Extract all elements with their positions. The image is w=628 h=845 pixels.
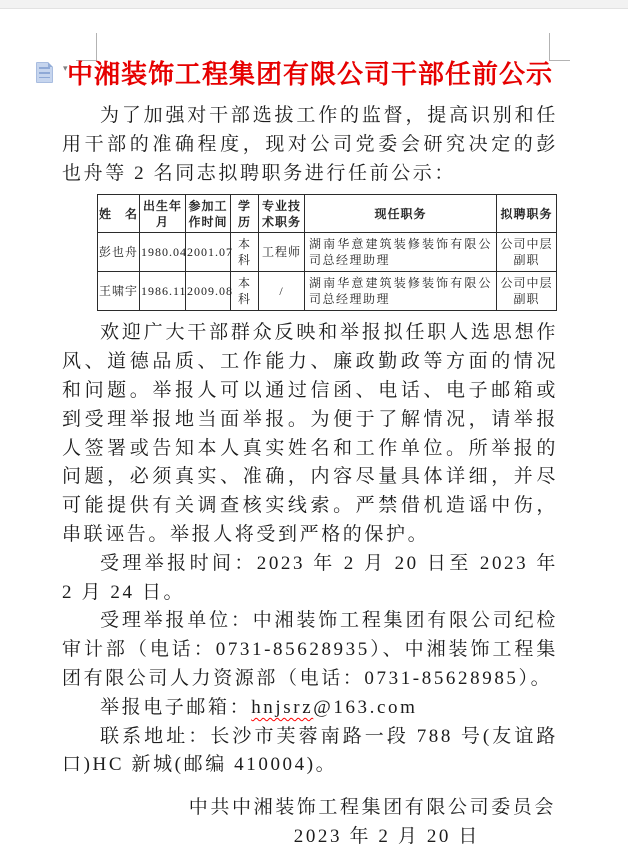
contact-address-line: 联系地址：长沙市芙蓉南路一段 788 号(友谊路口)HC 新城(邮编 41000… [62, 723, 558, 781]
header-birth: 出生年月 [140, 195, 186, 233]
cell-work-start: 2001.07 [186, 233, 231, 272]
cell-education: 本科 [231, 233, 259, 272]
cell-name: 彭也舟 [98, 233, 140, 272]
cell-current-post: 湖南华意建筑装修装饰有限公司总经理助理 [305, 233, 497, 272]
cell-education: 本科 [231, 272, 259, 311]
header-proposed-post: 拟聘职务 [497, 195, 557, 233]
window-top-strip [0, 0, 628, 9]
cell-name: 王啸宇 [98, 272, 140, 311]
cell-work-start: 2009.08 [186, 272, 231, 311]
document-content: 中湘装饰工程集团有限公司干部任前公示 为了加强对干部选拔工作的监督，提高识别和任… [62, 56, 558, 845]
cell-proposed-post: 公司中层副职 [497, 233, 557, 272]
signature-date: 2023 年 2 月 20 日 [62, 823, 558, 845]
header-current-post: 现任职务 [305, 195, 497, 233]
cell-proposed-post: 公司中层副职 [497, 272, 557, 311]
signature-committee: 中共中湘装饰工程集团有限公司委员会 [62, 794, 558, 823]
email-label: 举报电子邮箱： [100, 697, 251, 718]
document-page: ▾ 中湘装饰工程集团有限公司干部任前公示 为了加强对干部选拔工作的监督，提高识别… [0, 0, 628, 845]
table-row: 彭也舟 1980.04 2001.07 本科 工程师 湖南华意建筑装修装饰有限公… [98, 233, 557, 272]
header-name: 姓 名 [98, 195, 140, 233]
intro-paragraph: 为了加强对干部选拔工作的监督，提高识别和任用干部的准确程度，现对公司党委会研究决… [62, 102, 558, 188]
cadre-table: 姓 名 出生年月 参加工作时间 学历 专业技术职务 现任职务 拟聘职务 彭也舟 … [97, 194, 557, 311]
table-header-row: 姓 名 出生年月 参加工作时间 学历 专业技术职务 现任职务 拟聘职务 [98, 195, 557, 233]
header-tech-title: 专业技术职务 [259, 195, 305, 233]
table-row: 王啸宇 1986.11 2009.08 本科 / 湖南华意建筑装修装饰有限公司总… [98, 272, 557, 311]
header-education: 学历 [231, 195, 259, 233]
paste-options-icon [36, 62, 53, 83]
cell-tech-title: / [259, 272, 305, 311]
report-time-line: 受理举报时间：2023 年 2 月 20 日至 2023 年 2 月 24 日。 [62, 550, 558, 608]
page-title: 中湘装饰工程集团有限公司干部任前公示 [62, 56, 558, 92]
header-work-start: 参加工作时间 [186, 195, 231, 233]
cell-birth: 1980.04 [140, 233, 186, 272]
report-email-line: 举报电子邮箱：hnjsrz@163.com [62, 694, 558, 723]
cell-birth: 1986.11 [140, 272, 186, 311]
report-unit-line: 受理举报单位：中湘装饰工程集团有限公司纪检审计部（电话：0731-8562893… [62, 607, 558, 693]
report-paragraph: 欢迎广大干部群众反映和举报拟任职人选思想作风、道德品质、工作能力、廉政勤政等方面… [62, 319, 558, 549]
email-domain: @163.com [313, 697, 417, 718]
cell-tech-title: 工程师 [259, 233, 305, 272]
email-user-misspelled: hnjsrz [251, 697, 313, 718]
cell-current-post: 湖南华意建筑装修装饰有限公司总经理助理 [305, 272, 497, 311]
